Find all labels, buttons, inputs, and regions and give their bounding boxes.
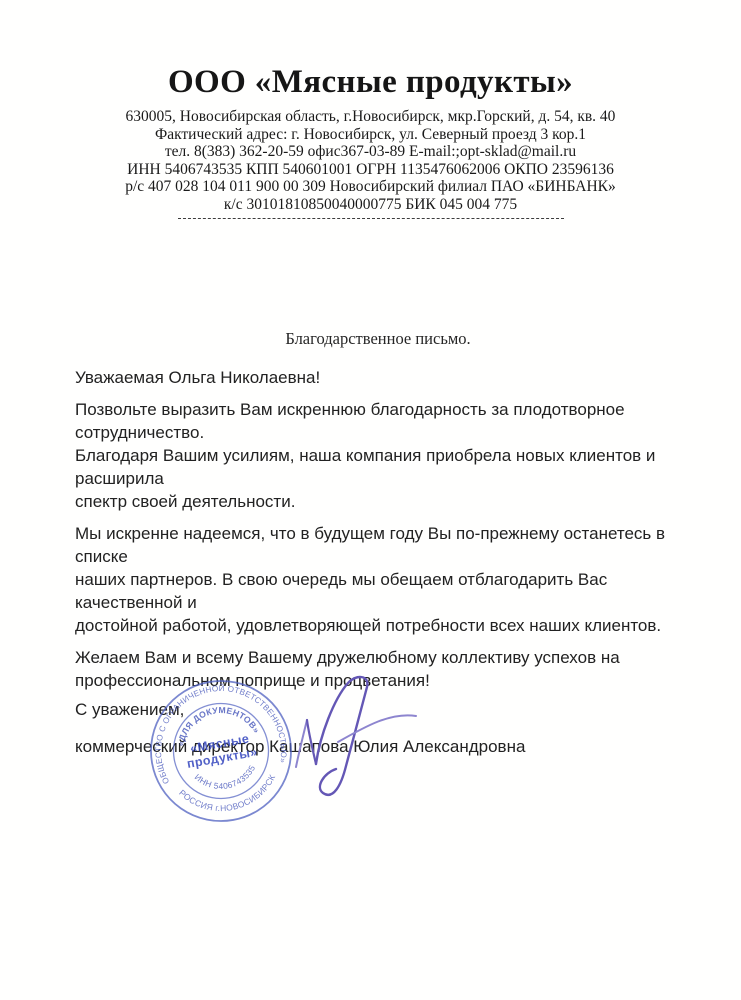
salutation: Уважаемая Ольга Николаевна! [75, 366, 681, 389]
letterhead-actual-address-line: Фактический адрес: г. Новосибирск, ул. С… [0, 126, 741, 144]
company-stamp: ОБЩЕСТВО С ОГРАНИЧЕННОЙ ОТВЕТСТВЕННОСТЬЮ… [146, 676, 296, 826]
paragraph-1: Позвольте выразить Вам искреннюю благода… [75, 398, 681, 513]
svg-text:ОБЩЕСТВО С ОГРАНИЧЕННОЙ ОТВЕТС: ОБЩЕСТВО С ОГРАНИЧЕННОЙ ОТВЕТСТВЕННОСТЬЮ… [146, 676, 291, 786]
company-name: ООО «Мясные продукты» [0, 64, 741, 101]
handwritten-signature [283, 662, 433, 812]
paragraph-2: Мы искренне надеемся, что в будущем году… [75, 522, 681, 637]
paragraph-line: Мы искренне надеемся, что в будущем году… [75, 522, 681, 568]
letterhead-corr-account-line: к/с 30101810850040000775 БИК 045 004 775 [0, 196, 741, 214]
svg-text:РОССИЯ г.НОВОСИБИРСК: РОССИЯ г.НОВОСИБИРСК [176, 771, 282, 821]
letterhead-address-line: 630005, Новосибирская область, г.Новосиб… [0, 108, 741, 126]
stamp-outer-top-text: ОБЩЕСТВО С ОГРАНИЧЕННОЙ ОТВЕТСТВЕННОСТЬЮ… [146, 676, 291, 786]
paragraph-line: спектр своей деятельности. [75, 490, 681, 513]
letterhead-separator [178, 218, 564, 219]
letterhead-account-line: р/с 407 028 104 011 900 00 309 Новосибир… [0, 178, 741, 196]
paragraph-line: Благодаря Вашим усилиям, наша компания п… [75, 444, 681, 490]
stamp-outer-bottom-text: РОССИЯ г.НОВОСИБИРСК [176, 771, 282, 821]
stamp-graphic: ОБЩЕСТВО С ОГРАНИЧЕННОЙ ОТВЕТСТВЕННОСТЬЮ… [146, 676, 296, 826]
letterhead-inn-kpp-line: ИНН 5406743535 КПП 540601001 ОГРН 113547… [0, 161, 741, 179]
paragraph-line: наших партнеров. В свою очередь мы обеща… [75, 568, 681, 614]
scanned-letter-page: ООО «Мясные продукты» 630005, Новосибирс… [0, 0, 741, 1000]
letterhead-phone-email-line: тел. 8(383) 362-20-59 офис367-03-89 E-ma… [0, 143, 741, 161]
paragraph-line: Позвольте выразить Вам искреннюю благода… [75, 398, 681, 444]
signature-graphic [283, 662, 433, 812]
paragraph-line: достойной работой, удовлетворяющей потре… [75, 614, 681, 637]
letterhead: ООО «Мясные продукты» 630005, Новосибирс… [0, 0, 741, 219]
letter-title: Благодарственное письмо. [75, 329, 681, 349]
